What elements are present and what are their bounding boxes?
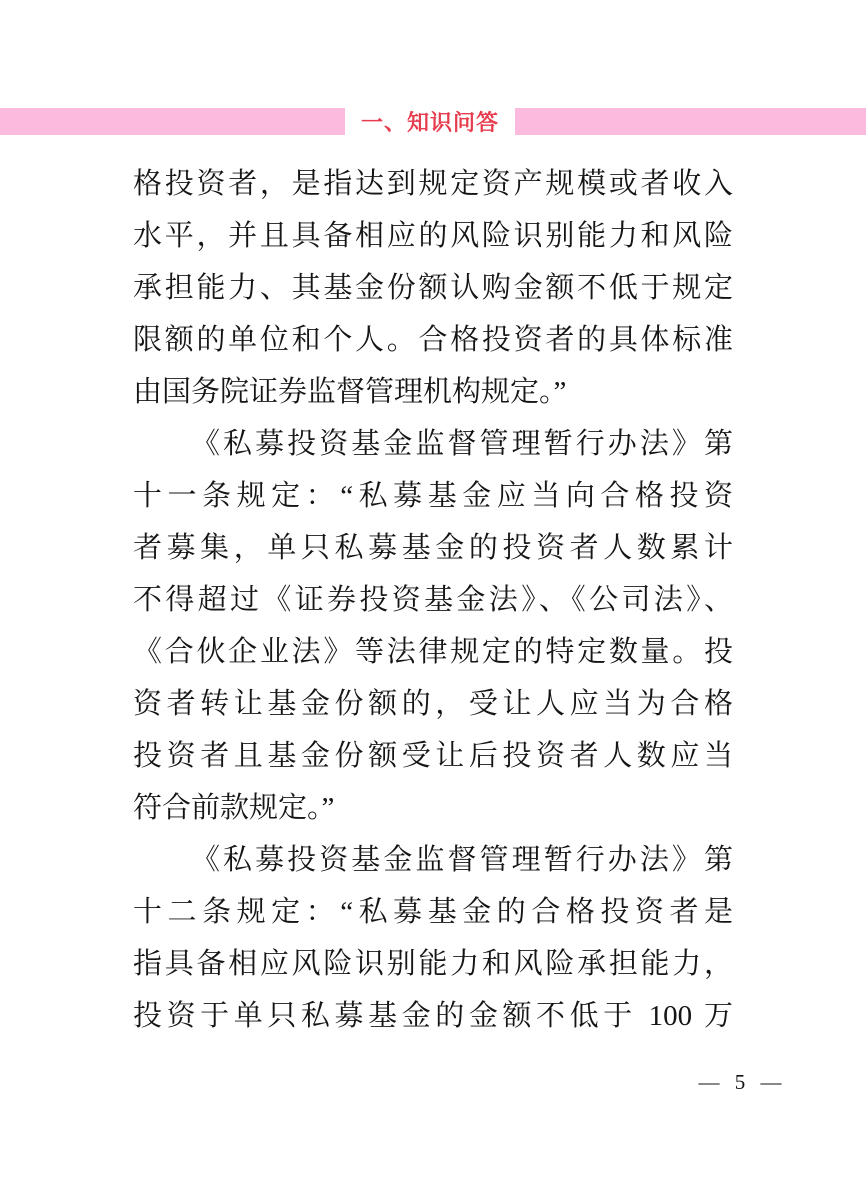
text-line: 《私募投资基金监督管理暂行办法》第 xyxy=(133,834,733,886)
text-line: 不得超过《证券投资基金法》、《公司法》、 xyxy=(133,574,733,626)
text-line: 限额的单位和个人。合格投资者的具体标准 xyxy=(133,314,733,366)
text-line: 《合伙企业法》等法律规定的特定数量。投 xyxy=(133,626,733,678)
text-line: 《私募投资基金监督管理暂行办法》第 xyxy=(133,418,733,470)
text-line: 十二条规定：“私募基金的合格投资者是 xyxy=(133,886,733,938)
text-line: 水平，并且具备相应的风险识别能力和风险 xyxy=(133,210,733,262)
paragraph: 格投资者，是指达到规定资产规模或者收入水平，并且具备相应的风险识别能力和风险承担… xyxy=(133,158,733,418)
text-line: 投资者且基金份额受让后投资者人数应当 xyxy=(133,730,733,782)
text-line: 资者转让基金份额的，受让人应当为合格 xyxy=(133,678,733,730)
text-line: 者募集，单只私募基金的投资者人数累计 xyxy=(133,522,733,574)
text-line: 投资于单只私募基金的金额不低于 100 万 xyxy=(133,990,733,1042)
text-line: 十一条规定：“私募基金应当向合格投资 xyxy=(133,470,733,522)
book-page: 一、知识问答 格投资者，是指达到规定资产规模或者收入水平，并且具备相应的风险识别… xyxy=(0,0,866,1189)
text-line: 符合前款规定。” xyxy=(133,782,733,834)
header-title-plate: 一、知识问答 xyxy=(345,103,515,140)
paragraph: 《私募投资基金监督管理暂行办法》第十二条规定：“私募基金的合格投资者是指具备相应… xyxy=(133,834,733,1042)
text-line: 指具备相应风险识别能力和风险承担能力， xyxy=(133,938,733,990)
page-number: — 5 — xyxy=(640,1070,840,1095)
paragraph: 《私募投资基金监督管理暂行办法》第十一条规定：“私募基金应当向合格投资者募集，单… xyxy=(133,418,733,834)
text-line: 承担能力、其基金份额认购金额不低于规定 xyxy=(133,262,733,314)
text-line: 格投资者，是指达到规定资产规模或者收入 xyxy=(133,158,733,210)
text-line: 由国务院证券监督管理机构规定。” xyxy=(133,366,733,418)
body-text: 格投资者，是指达到规定资产规模或者收入水平，并且具备相应的风险识别能力和风险承担… xyxy=(133,158,733,1042)
section-title: 一、知识问答 xyxy=(361,106,499,137)
